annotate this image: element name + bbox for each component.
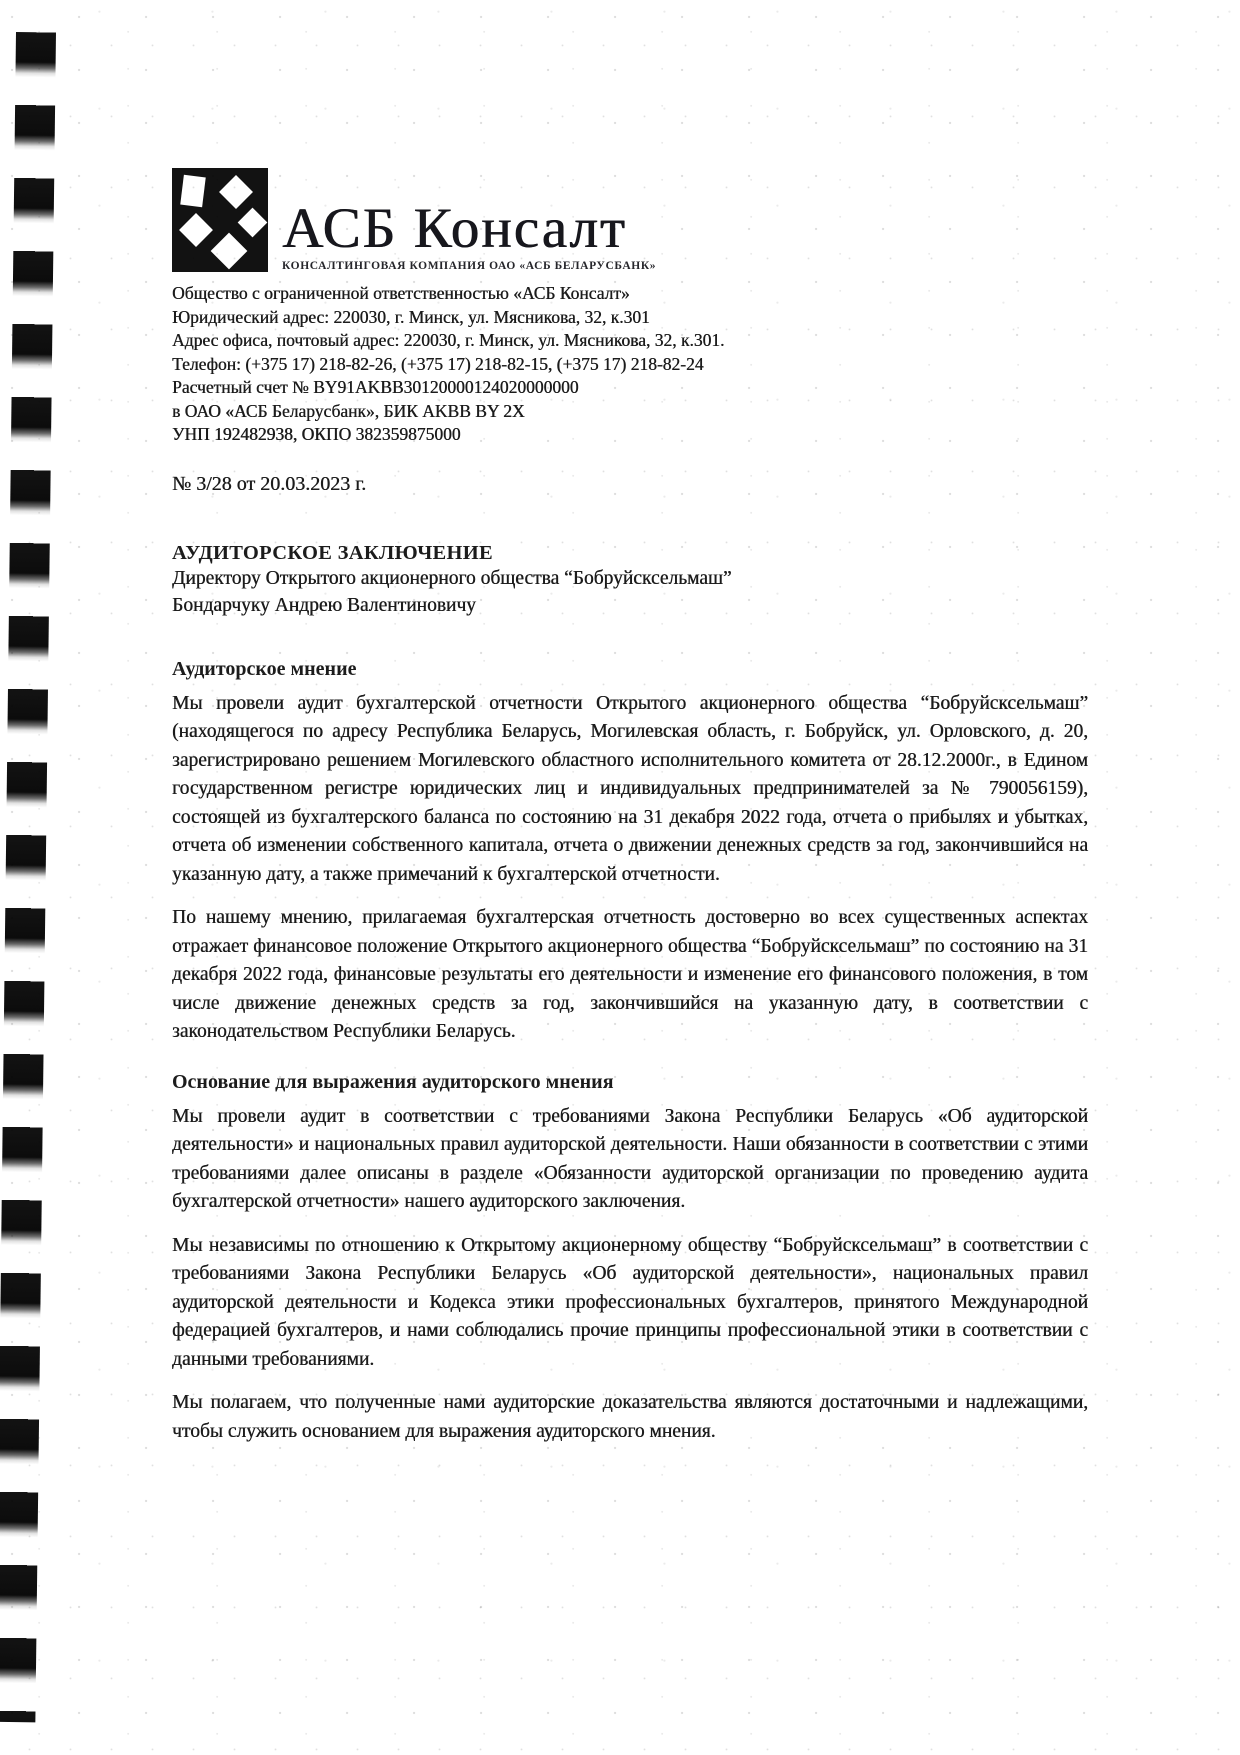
- company-info-line: Телефон: (+375 17) 218-82-26, (+375 17) …: [172, 353, 1088, 377]
- binding-marks: [0, 32, 56, 1722]
- company-logo-name: АСБ Консалт: [282, 199, 656, 259]
- company-info-line: Адрес офиса, почтовый адрес: 220030, г. …: [172, 329, 1088, 353]
- scanned-document-page: АСБ Консалт КОНСАЛТИНГОВАЯ КОМПАНИЯ ОАО …: [0, 0, 1240, 1755]
- body-paragraph: Мы провели аудит в соответствии с требов…: [172, 1103, 1088, 1217]
- section-heading: Аудиторское мнение: [172, 658, 1088, 681]
- document-title: АУДИТОРСКОЕ ЗАКЛЮЧЕНИЕ: [172, 542, 1088, 565]
- body-paragraph: Мы полагаем, что полученные нами аудитор…: [172, 1389, 1088, 1446]
- addressee: Директору Открытого акционерного обществ…: [172, 565, 1088, 620]
- company-info-line: УНП 192482938, ОКПО 382359875000: [172, 423, 1088, 447]
- company-info-line: в ОАО «АСБ Беларусбанк», БИК AKBB BY 2X: [172, 400, 1088, 424]
- company-info-line: Юридический адрес: 220030, г. Минск, ул.…: [172, 306, 1088, 330]
- section-audit-opinion: Аудиторское мнение Мы провели аудит бухг…: [172, 658, 1088, 1047]
- diamond-pattern-icon: [172, 168, 268, 272]
- company-info: Общество с ограниченной ответственностью…: [172, 282, 1088, 447]
- body-paragraph: Мы независимы по отношению к Открытому а…: [172, 1232, 1088, 1375]
- section-basis-for-opinion: Основание для выражения аудиторского мне…: [172, 1071, 1088, 1447]
- body-paragraph: По нашему мнению, прилагаемая бухгалтерс…: [172, 904, 1088, 1047]
- company-info-line: Общество с ограниченной ответственностью…: [172, 282, 1088, 306]
- company-logo-tagline: КОНСАЛТИНГОВАЯ КОМПАНИЯ ОАО «АСБ БЕЛАРУС…: [282, 260, 656, 272]
- addressee-line: Директору Открытого акционерного обществ…: [172, 565, 1088, 593]
- company-info-line: Расчетный счет № BY91AKBB301200001240200…: [172, 376, 1088, 400]
- addressee-line: Бондарчуку Андрею Валентиновичу: [172, 592, 1088, 620]
- document-content: АСБ Консалт КОНСАЛТИНГОВАЯ КОМПАНИЯ ОАО …: [172, 168, 1088, 1461]
- letterhead: АСБ Консалт КОНСАЛТИНГОВАЯ КОМПАНИЯ ОАО …: [172, 168, 1088, 447]
- section-heading: Основание для выражения аудиторского мне…: [172, 1071, 1088, 1094]
- body-paragraph: Мы провели аудит бухгалтерской отчетност…: [172, 690, 1088, 890]
- document-number: № 3/28 от 20.03.2023 г.: [172, 473, 1088, 496]
- logo: АСБ Консалт КОНСАЛТИНГОВАЯ КОМПАНИЯ ОАО …: [172, 168, 1088, 272]
- logo-text: АСБ Консалт КОНСАЛТИНГОВАЯ КОМПАНИЯ ОАО …: [282, 199, 656, 272]
